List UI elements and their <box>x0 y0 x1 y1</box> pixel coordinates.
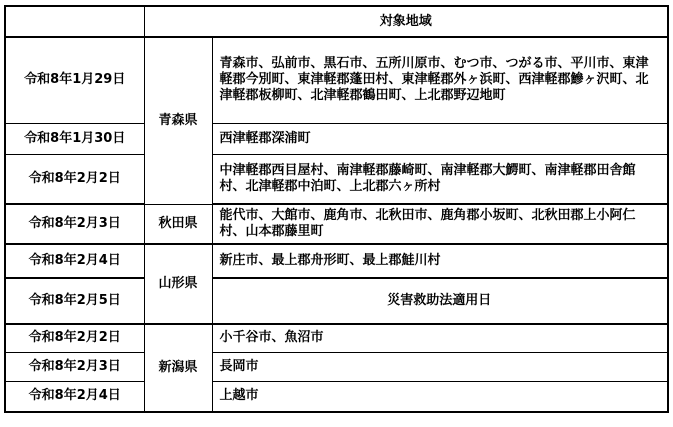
region-cell: 長岡市 <box>212 352 668 381</box>
table-row: 令和8年2月5日 災害救助法適用日 <box>5 278 668 324</box>
page: 対象地域 令和8年1月29日 青森県 青森市、弘前市、黒石市、五所川原市、むつ市… <box>0 0 673 427</box>
date-cell: 令和8年2月5日 <box>5 278 144 324</box>
prefecture-cell-yamagata: 山形県 <box>144 244 212 324</box>
table-row: 令和8年2月4日 上越市 <box>5 381 668 412</box>
header-target-area: 対象地域 <box>144 6 668 37</box>
region-cell: 小千谷市、魚沼市 <box>212 324 668 352</box>
date-cell: 令和8年2月2日 <box>5 154 144 204</box>
date-cell: 令和8年2月3日 <box>5 352 144 381</box>
table-row: 令和8年2月3日 長岡市 <box>5 352 668 381</box>
header-empty-cell <box>5 6 144 37</box>
region-cell: 青森市、弘前市、黒石市、五所川原市、むつ市、つがる市、平川市、東津軽郡今別町、東… <box>212 37 668 123</box>
prefecture-cell-aomori: 青森県 <box>144 37 212 204</box>
region-cell: 中津軽郡西目屋村、南津軽郡藤崎町、南津軽郡大鰐町、南津軽郡田舎館村、北津軽郡中泊… <box>212 154 668 204</box>
date-cell: 令和8年2月2日 <box>5 324 144 352</box>
date-cell: 令和8年1月30日 <box>5 123 144 154</box>
date-cell: 令和8年1月29日 <box>5 37 144 123</box>
region-cell: 西津軽郡深浦町 <box>212 123 668 154</box>
prefecture-cell-niigata: 新潟県 <box>144 324 212 412</box>
date-cell: 令和8年2月3日 <box>5 204 144 244</box>
table-row: 令和8年2月2日 中津軽郡西目屋村、南津軽郡藤崎町、南津軽郡大鰐町、南津軽郡田舎… <box>5 154 668 204</box>
table-row: 令和8年2月2日 新潟県 小千谷市、魚沼市 <box>5 324 668 352</box>
prefecture-cell-akita: 秋田県 <box>144 204 212 244</box>
date-cell: 令和8年2月4日 <box>5 381 144 412</box>
region-cell: 上越市 <box>212 381 668 412</box>
table-row: 令和8年2月3日 秋田県 能代市、大館市、鹿角市、北秋田市、鹿角郡小坂町、北秋田… <box>5 204 668 244</box>
region-cell-center-label: 災害救助法適用日 <box>212 278 668 324</box>
table-row: 令和8年1月30日 西津軽郡深浦町 <box>5 123 668 154</box>
table-row: 令和8年1月29日 青森県 青森市、弘前市、黒石市、五所川原市、むつ市、つがる市… <box>5 37 668 123</box>
table-row: 令和8年2月4日 山形県 新庄市、最上郡舟形町、最上郡鮭川村 <box>5 244 668 278</box>
disaster-relief-table: 対象地域 令和8年1月29日 青森県 青森市、弘前市、黒石市、五所川原市、むつ市… <box>4 5 669 413</box>
header-row: 対象地域 <box>5 6 668 37</box>
date-cell: 令和8年2月4日 <box>5 244 144 278</box>
region-cell: 能代市、大館市、鹿角市、北秋田市、鹿角郡小坂町、北秋田郡上小阿仁村、山本郡藤里町 <box>212 204 668 244</box>
region-cell: 新庄市、最上郡舟形町、最上郡鮭川村 <box>212 244 668 278</box>
